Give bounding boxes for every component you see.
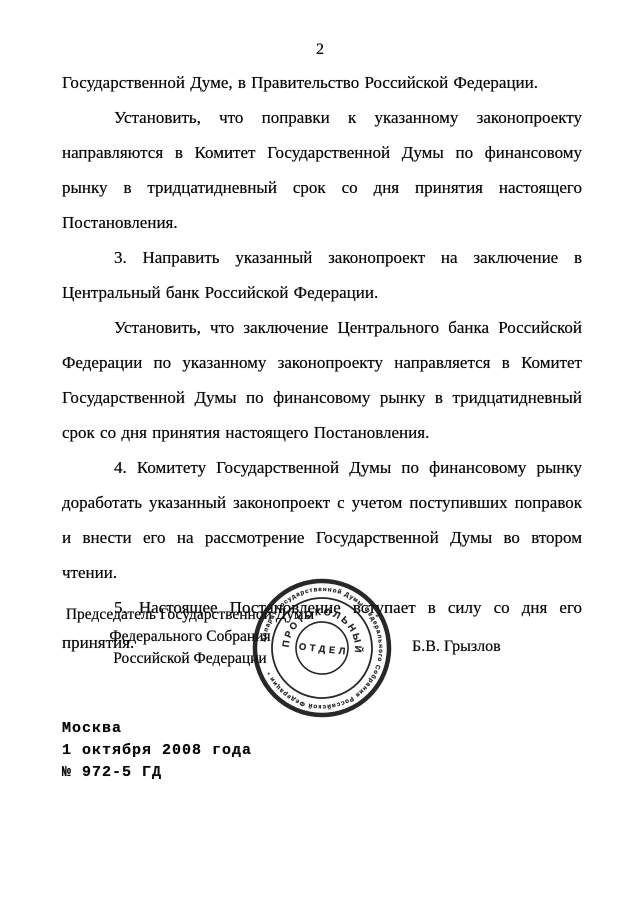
footer-doc-number: № 972-5 ГД	[62, 762, 252, 784]
paragraph: 3. Направить указанный законопроект на з…	[62, 240, 582, 310]
protocol-department-stamp: Аппарат Государственной Думы Федеральног…	[240, 566, 405, 731]
footer-date: 1 октября 2008 года	[62, 740, 252, 762]
footer-block: Москва 1 октября 2008 года № 972-5 ГД	[62, 718, 252, 784]
paragraph: 4. Комитету Государственной Думы по фина…	[62, 450, 582, 590]
signer-name: Б.В. Грызлов	[412, 638, 501, 656]
page-number: 2	[0, 0, 640, 60]
document-page: 2 Государственной Думе, в Правительство …	[0, 0, 640, 900]
paragraph: Государственной Думе, в Правительство Ро…	[62, 65, 582, 100]
document-body: Государственной Думе, в Правительство Ро…	[62, 65, 582, 660]
paragraph: Установить, что заключение Центрального …	[62, 310, 582, 450]
footer-city: Москва	[62, 718, 252, 740]
paragraph: Установить, что поправки к указанному за…	[62, 100, 582, 240]
stamp-center-text: ОТДЕЛ	[298, 642, 349, 658]
